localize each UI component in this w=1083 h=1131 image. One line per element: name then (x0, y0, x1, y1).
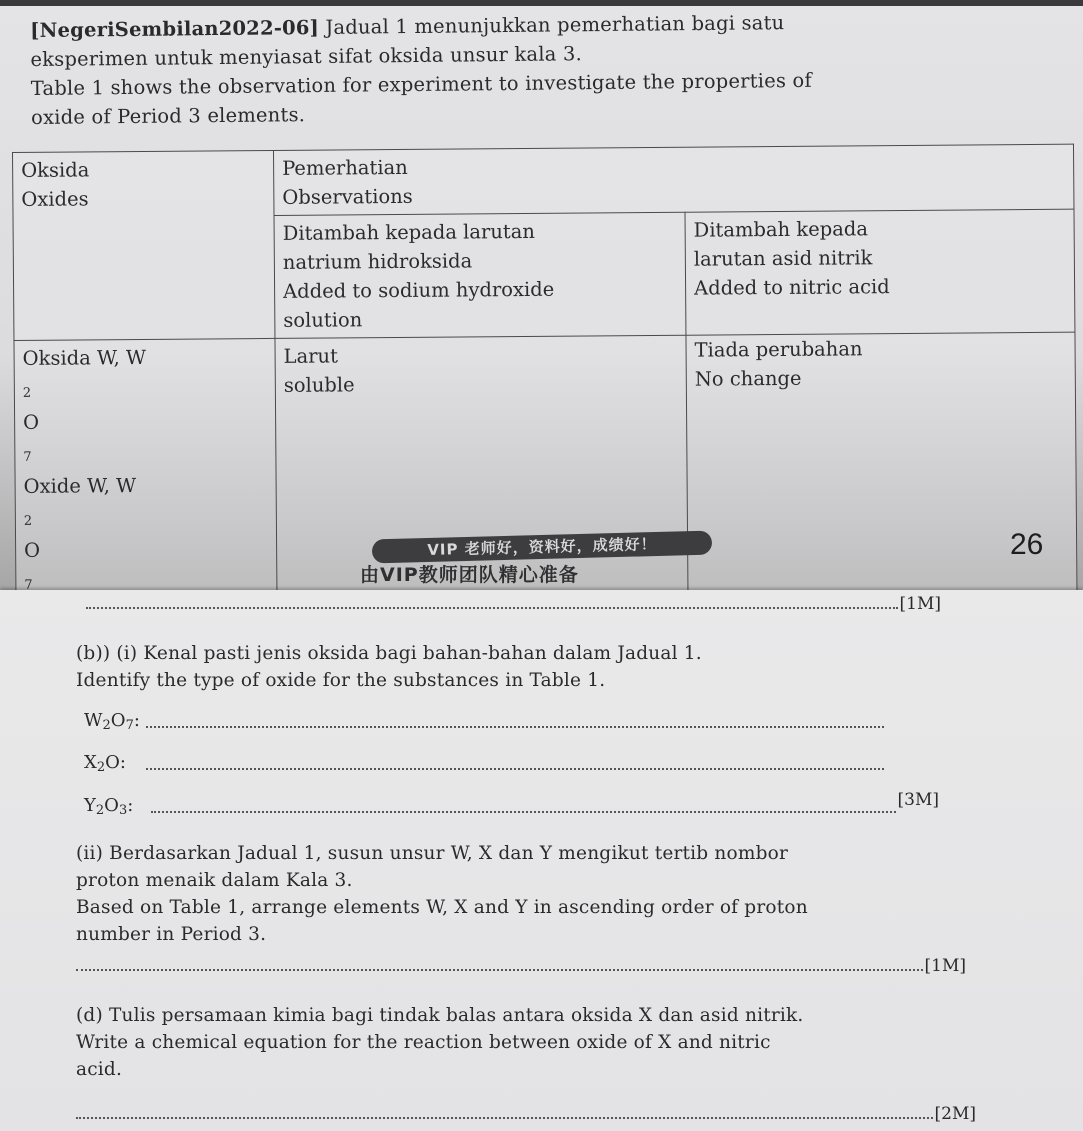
answer-b-ii-line: [1M] (76, 956, 966, 976)
header-naoh: Ditambah kepada larutan natrium hidroksi… (274, 212, 686, 338)
answer-x2o: X2O: (84, 752, 884, 775)
answer-dotted-line[interactable] (86, 606, 898, 609)
vip-subtext: 由VIP教师团队精心准备 (360, 560, 579, 587)
bottom-overlaid-page: [1M] (b)) (i) Kenal pasti jenis oksida b… (0, 590, 1083, 1131)
header-oxides: Oksida Oxides (13, 150, 275, 340)
question-b-i: (b)) (i) Kenal pasti jenis oksida bagi b… (76, 640, 702, 694)
question-b-ii: (ii) Berdasarkan Jadual 1, susun unsur W… (76, 840, 808, 948)
mark-label: [2M] (935, 1104, 977, 1124)
top-photographed-page: [NegeriSembilan2022-06] Jadual 1 menunju… (0, 0, 1083, 590)
header-nitric-acid: Ditambah kepada larutan asid nitrik Adde… (685, 209, 1075, 335)
question-intro: [NegeriSembilan2022-06] Jadual 1 menunju… (30, 5, 1041, 132)
question-code: [NegeriSembilan2022-06] (30, 16, 319, 42)
question-d: (d) Tulis persamaan kimia bagi tindak ba… (76, 1002, 803, 1083)
answer-w2o7: W2O7: (84, 710, 884, 733)
answer-y2o3: Y2O3: [3M] (84, 790, 939, 818)
oxide-cell: Oksida W, W2O7 Oxide W, W2O7 (14, 338, 277, 603)
answer-dotted-line[interactable] (76, 968, 923, 971)
mark-label: [1M] (900, 594, 942, 614)
mark-label: [3M] (898, 790, 940, 810)
previous-answer-line: [1M] (86, 594, 941, 614)
page-top-edge (0, 0, 1083, 6)
page-number: 26 (1010, 528, 1043, 562)
header-observations: Pemerhatian Observations (273, 144, 1073, 215)
answer-dotted-line[interactable] (146, 767, 884, 770)
answer-d-line: [2M] (76, 1104, 976, 1124)
answer-dotted-line[interactable] (146, 725, 884, 728)
answer-dotted-line[interactable] (151, 810, 895, 813)
mark-label: [1M] (925, 956, 967, 976)
answer-dotted-line[interactable] (76, 1116, 933, 1119)
